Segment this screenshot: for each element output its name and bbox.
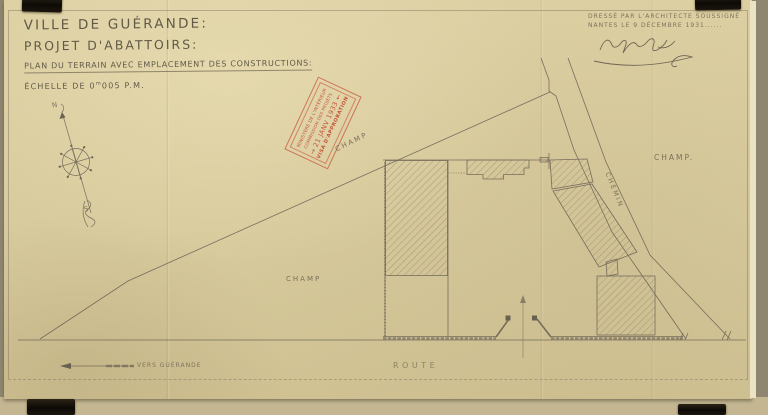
mounting-clip-bottom-left [27, 399, 75, 415]
title-block: VILLE DE GUÉRANDE: PROJET D'ABATTOIRS: P… [24, 14, 313, 91]
label-champ-left: CHAMP [286, 275, 321, 283]
label-route: ROUTE [393, 361, 438, 370]
plan-description: PLAN DU TERRAIN AVEC EMPLACEMENT DES CON… [24, 58, 312, 73]
sheet-right-edge [750, 1, 756, 398]
mounting-clip-top-left [22, 0, 62, 13]
architect-note: DRESSÉ PAR L'ARCHITECTE SOUSSIGNÉ NANTES… [588, 12, 740, 30]
mounting-clip-bottom-right [678, 404, 726, 415]
plan-title: VILLE DE GUÉRANDE: [24, 14, 312, 33]
architect-note-line2: NANTES LE 9 DÉCEMBRE 1931...... [588, 21, 740, 30]
label-vers-guerande: VERS GUÉRANDE [137, 362, 202, 369]
architect-note-line1: DRESSÉ PAR L'ARCHITECTE SOUSSIGNÉ [588, 12, 740, 21]
compass-north-letter: N [51, 100, 60, 109]
label-champ-right: CHAMP. [654, 153, 694, 162]
mounting-clip-top-right [695, 0, 741, 10]
backing-mat [0, 397, 768, 415]
